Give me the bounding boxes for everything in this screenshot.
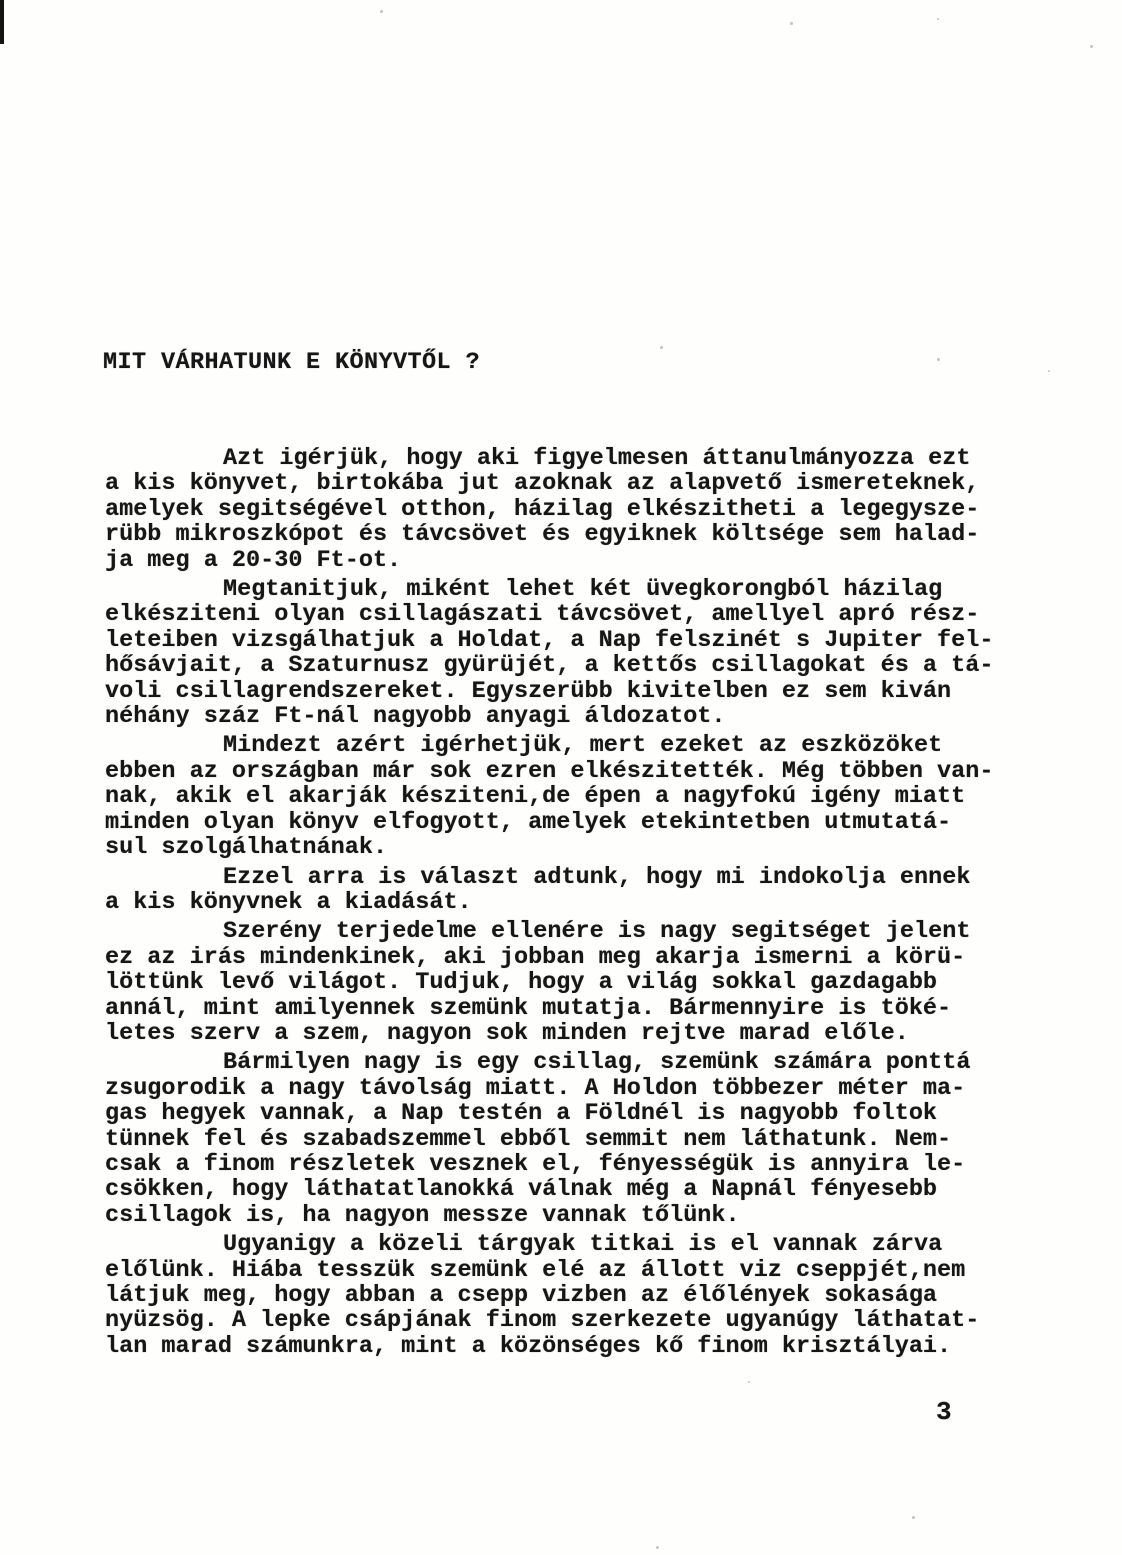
scan-speckle <box>790 22 793 25</box>
paragraph: Megtanitjuk, miként lehet két üvegkorong… <box>105 577 1005 729</box>
paragraph: Szerény terjedelme ellenére is nagy segi… <box>105 919 1005 1046</box>
page-number: 3 <box>936 1398 952 1426</box>
scan-speckle <box>937 358 940 361</box>
scanned-document-page: MIT VÁRHATUNK E KÖNYVTŐL ? Azt igérjük, … <box>0 0 1122 1555</box>
scan-speckle <box>912 1516 915 1519</box>
paragraph: Mindezt azért igérhetjük, mert ezeket az… <box>105 733 1005 860</box>
scan-speckle <box>748 1381 750 1383</box>
document-body: Azt igérjük, hogy aki figyelmesen áttanu… <box>105 446 1005 1363</box>
scan-speckle <box>1048 370 1050 372</box>
scan-edge-artifact <box>0 0 4 44</box>
paragraph: Azt igérjük, hogy aki figyelmesen áttanu… <box>105 446 1005 573</box>
paragraph: Ezzel arra is választ adtunk, hogy mi in… <box>105 865 1005 916</box>
paragraph: Bármilyen nagy is egy csillag, szemünk s… <box>105 1050 1005 1228</box>
page-title: MIT VÁRHATUNK E KÖNYVTŐL ? <box>103 350 480 376</box>
scan-speckle <box>656 1546 659 1549</box>
scan-speckle <box>1090 45 1093 48</box>
scan-speckle <box>937 18 939 20</box>
scan-speckle <box>660 346 663 349</box>
scan-speckle <box>380 10 383 13</box>
paragraph: Ugyanigy a közeli tárgyak titkai is el v… <box>105 1232 1005 1359</box>
